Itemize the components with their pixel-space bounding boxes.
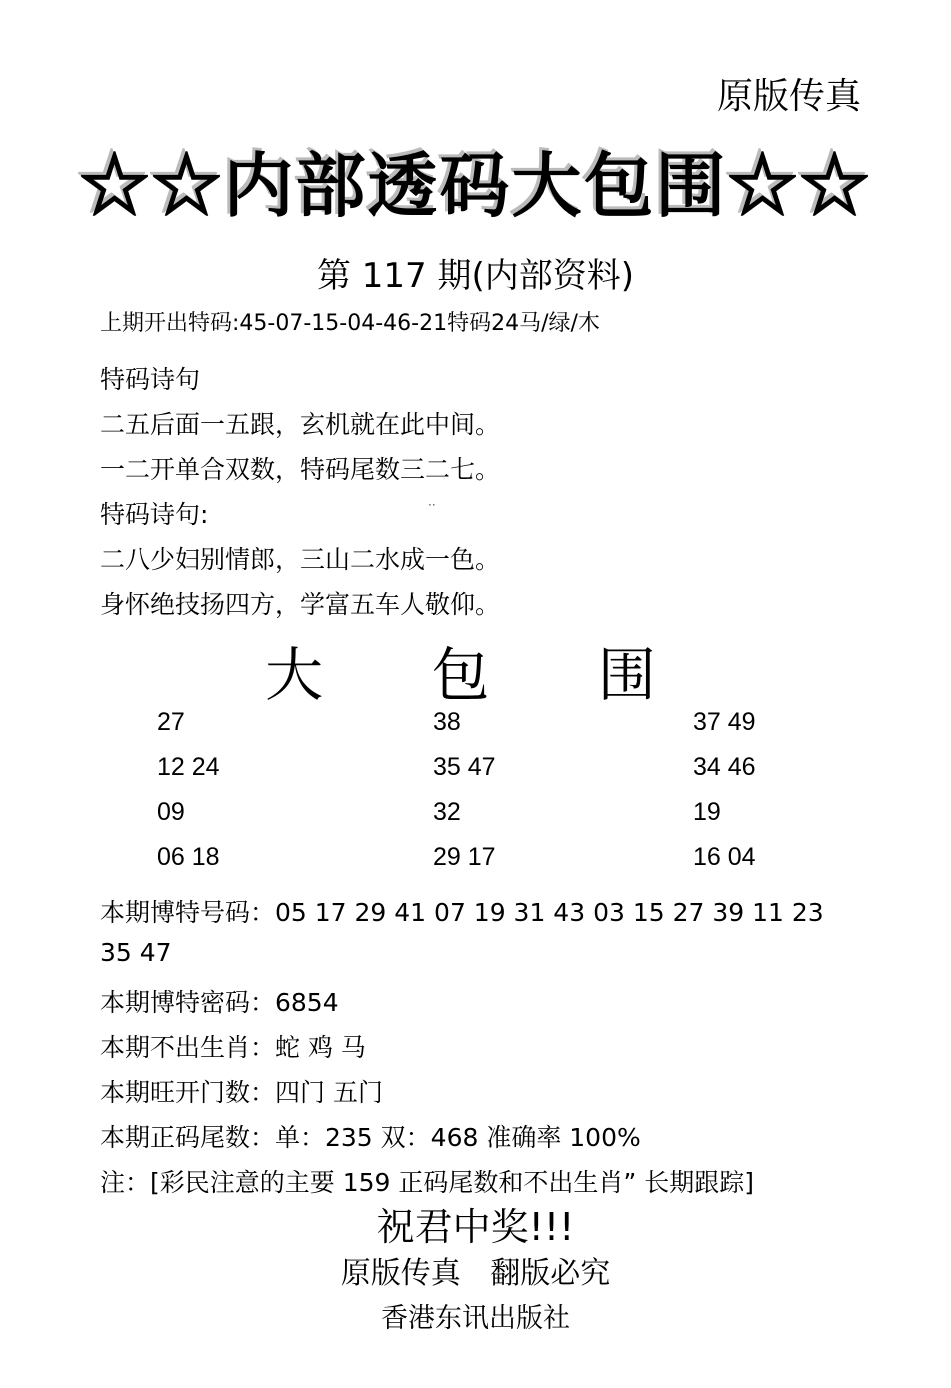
poem-heading: 特码诗句: [100,495,208,531]
grid-cell: 16 04 [693,843,756,872]
poem-line: 二五后面一五跟，玄机就在此中间。 [100,405,500,441]
poem-line: 二八少妇别情郎，三山二水成一色。 [100,540,500,576]
copyright-notice: 原版传真 翻版必究 [0,1248,951,1292]
grid-cell: 29 17 [433,843,496,872]
grid-cell: 38 [433,708,461,737]
secret-code: 本期博特密码：6854 [100,983,339,1019]
publisher: 香港东讯出版社 [0,1296,951,1335]
grid-cell: 34 46 [693,753,756,782]
number-grid: 27 38 37 49 12 24 35 47 34 46 09 32 19 0… [157,708,817,888]
issue-number: 第 117 期(内部资料) [0,248,951,297]
hot-doors: 本期旺开门数：四门 五门 [100,1073,383,1109]
grid-cell: 27 [157,708,185,737]
grid-cell: 09 [157,798,185,827]
blessing: 祝君中奖!!! [0,1196,951,1251]
section-title: 大 包 围 [0,628,951,712]
grid-cell: 06 18 [157,843,220,872]
poem-heading: 特码诗句 [100,360,200,396]
poem-line: 身怀绝技扬四方，学富五车人敬仰。 [100,585,500,621]
special-numbers-continued: 35 47 [100,938,172,967]
decorative-dots: ·· [428,498,436,512]
note: 注：[彩民注意的主要 159 正码尾数和不出生肖” 长期跟踪] [100,1163,754,1199]
last-draw-result: 上期开出特码:45-07-15-04-46-21特码24马/绿/木 [100,306,600,337]
grid-row: 09 32 19 [157,798,817,843]
grid-cell: 35 47 [433,753,496,782]
grid-cell: 19 [693,798,721,827]
special-numbers: 本期博特号码：05 17 29 41 07 19 31 43 03 15 27 … [100,893,824,929]
tail-numbers: 本期正码尾数：单：235 双：468 准确率 100% [100,1118,641,1154]
grid-cell: 12 24 [157,753,220,782]
poem-line: 一二开单合双数，特码尾数三二七。 [100,450,500,486]
excluded-zodiac: 本期不出生肖：蛇 鸡 马 [100,1028,366,1064]
grid-row: 12 24 35 47 34 46 [157,753,817,798]
grid-cell: 37 49 [693,708,756,737]
grid-cell: 32 [433,798,461,827]
original-fax-label: 原版传真 [717,68,861,119]
grid-row: 27 38 37 49 [157,708,817,753]
page-title: ☆☆内部透码大包围☆☆ [0,130,951,231]
grid-row: 06 18 29 17 16 04 [157,843,817,888]
